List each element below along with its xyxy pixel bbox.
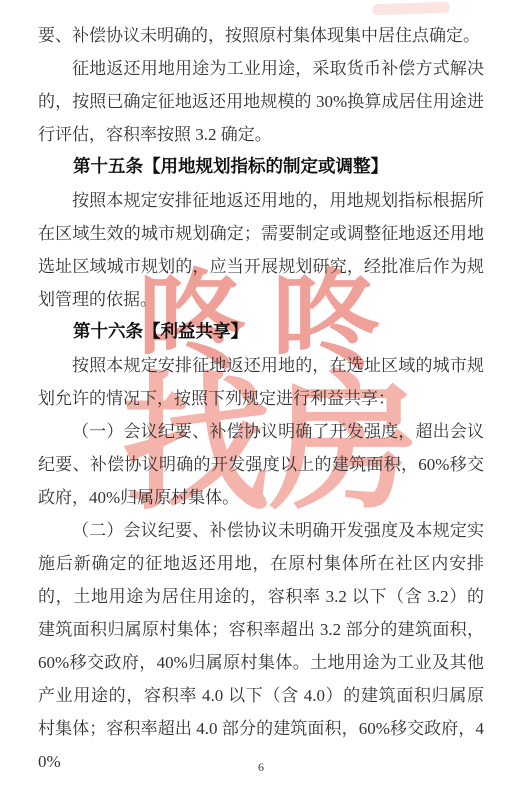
page-number: 6 bbox=[0, 760, 522, 775]
paragraph: 征地返还用地用途为工业用途，采取货币补偿方式解决的，按照已确定征地返还用地规模的… bbox=[38, 52, 484, 151]
watermark-smudge bbox=[372, 2, 450, 16]
paragraph: 按照本规定安排征地返还用地的，在选址区域的城市规划允许的情况下，按照下列规定进行… bbox=[38, 349, 484, 415]
section-heading: 第十五条【用地规划指标的制定或调整】 bbox=[38, 151, 484, 184]
document-page: 咚咚 找房 要、补偿协议未明确的，按照原村集体现集中居住点确定。征地返还用地用途… bbox=[0, 0, 522, 799]
paragraph: 要、补偿协议未明确的，按照原村集体现集中居住点确定。 bbox=[38, 19, 484, 52]
section-heading: 第十六条【利益共享】 bbox=[38, 316, 484, 349]
document-body: 要、补偿协议未明确的，按照原村集体现集中居住点确定。征地返还用地用途为工业用途，… bbox=[38, 19, 484, 778]
paragraph: （二）会议纪要、补偿协议未明确开发强度及本规定实施后新确定的征地返还用地，在原村… bbox=[38, 514, 484, 778]
paragraph: 按照本规定安排征地返还用地的，用地规划指标根据所在区域生效的城市规划确定；需要制… bbox=[38, 184, 484, 316]
paragraph: （一）会议纪要、补偿协议明确了开发强度，超出会议纪要、补偿协议明确的开发强度以上… bbox=[38, 415, 484, 514]
